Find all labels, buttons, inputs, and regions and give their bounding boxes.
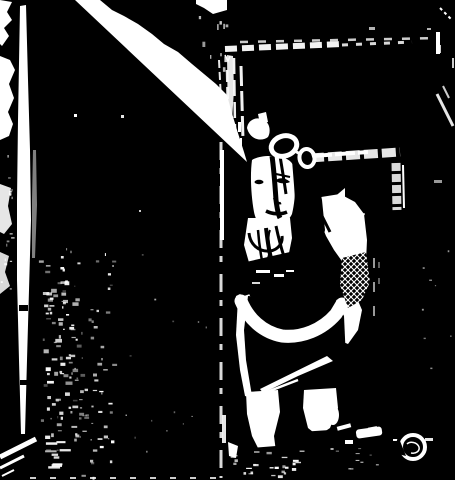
camisole-trim bbox=[252, 282, 260, 284]
speckle-dot bbox=[103, 369, 108, 371]
speckle-dot bbox=[108, 438, 109, 439]
speckle-dot bbox=[80, 390, 84, 393]
speckle-dot bbox=[43, 339, 45, 342]
speckle-dot bbox=[84, 417, 89, 419]
speckle-dot bbox=[56, 441, 65, 443]
speckle-dot bbox=[82, 431, 86, 432]
speckle-dot bbox=[191, 416, 193, 417]
speckle-dot bbox=[79, 417, 82, 419]
speckle-dot bbox=[9, 191, 12, 193]
speckle-dot bbox=[100, 446, 104, 448]
speckle-dot bbox=[108, 273, 111, 275]
speckle-dot bbox=[356, 460, 360, 461]
speckle-dot bbox=[10, 233, 13, 234]
speckle-dot bbox=[94, 326, 98, 329]
speckle-dot bbox=[235, 459, 238, 462]
speckle-dot bbox=[422, 309, 424, 311]
speckle-dot bbox=[130, 355, 132, 356]
frame-dot bbox=[369, 27, 375, 30]
speckle-dot bbox=[142, 254, 144, 255]
frame-dot bbox=[427, 28, 431, 30]
speckle-dot bbox=[65, 281, 70, 285]
speckle-dot bbox=[8, 177, 11, 178]
speckle-dot bbox=[66, 357, 71, 360]
speckle-dot bbox=[370, 455, 372, 456]
speckle-dot bbox=[210, 55, 211, 59]
line-gap bbox=[20, 380, 28, 385]
speckle-dot bbox=[69, 362, 73, 364]
speckle-dot bbox=[60, 357, 63, 361]
speckle-dot bbox=[69, 327, 74, 330]
frame-dash bbox=[439, 45, 441, 53]
speckle-dot bbox=[50, 418, 52, 420]
speckle-dot bbox=[101, 392, 102, 394]
speckle-dot bbox=[52, 464, 62, 467]
speckle-dot bbox=[52, 403, 56, 406]
speckle-dot bbox=[76, 339, 78, 341]
speckle-dot bbox=[64, 374, 69, 377]
speckle-dot bbox=[51, 433, 54, 437]
speckle-dot bbox=[99, 391, 103, 392]
speckle-dot bbox=[282, 457, 288, 458]
speckle-dot bbox=[61, 293, 66, 296]
speckle-dot bbox=[220, 53, 221, 56]
monochrome-photo: monochrome-photograph bbox=[0, 0, 455, 480]
speckle-dot bbox=[151, 420, 152, 422]
speckle-dot bbox=[74, 286, 75, 287]
speckle-dot bbox=[244, 472, 247, 475]
speckle-dot bbox=[57, 450, 59, 451]
speckle-dot bbox=[336, 451, 339, 452]
speckle-dot bbox=[112, 261, 116, 263]
speckle-dot bbox=[66, 314, 69, 316]
speckle-dot bbox=[59, 412, 63, 415]
speckle-dot bbox=[55, 339, 62, 343]
speckle-dot bbox=[206, 327, 207, 329]
speckle-dot bbox=[82, 475, 86, 477]
hair-strand bbox=[268, 230, 270, 258]
speckle-dot bbox=[376, 464, 379, 465]
speckle-dot bbox=[9, 193, 12, 195]
speckle-dot bbox=[47, 381, 54, 384]
speckle-dot bbox=[270, 467, 274, 468]
speckle-dot bbox=[360, 462, 363, 463]
speckle-dot bbox=[71, 372, 73, 375]
speckle-dot bbox=[424, 338, 426, 339]
speckle-dot bbox=[10, 288, 12, 289]
speckle-dot bbox=[54, 372, 58, 376]
speckle-dot bbox=[91, 439, 92, 440]
noise-dot bbox=[121, 115, 124, 118]
speckle-dot bbox=[70, 251, 71, 254]
speckle-dot bbox=[154, 299, 156, 301]
speckle-dot bbox=[251, 472, 254, 475]
speckle-dot bbox=[61, 417, 63, 420]
speckle-dot bbox=[110, 285, 113, 286]
speckle-dot bbox=[46, 292, 52, 295]
speckle-dot bbox=[108, 288, 111, 291]
speckle-dot bbox=[106, 311, 110, 313]
speckle-dot bbox=[91, 406, 93, 408]
speckle-dot bbox=[54, 456, 60, 458]
speckle-dot bbox=[110, 460, 112, 463]
speckle-dot bbox=[97, 363, 102, 366]
speckle-dot bbox=[49, 305, 54, 306]
speckle-dot bbox=[450, 336, 451, 337]
speckle-dot bbox=[233, 463, 236, 465]
frame-dash bbox=[240, 138, 242, 146]
speckle-dot bbox=[135, 437, 136, 439]
speckle-dot bbox=[278, 475, 283, 478]
speckle-dot bbox=[75, 435, 79, 438]
speckle-dot bbox=[126, 415, 128, 416]
speckle-dot bbox=[172, 321, 174, 323]
speckle-dot bbox=[47, 396, 51, 399]
speckle-dot bbox=[105, 253, 106, 256]
speckle-dot bbox=[48, 308, 51, 311]
frame-dash bbox=[452, 58, 454, 68]
left-eye bbox=[255, 180, 264, 184]
speckle-dot bbox=[358, 448, 361, 449]
speckle-dot bbox=[45, 436, 50, 439]
speckle-dot bbox=[56, 399, 59, 401]
floor-debris bbox=[345, 440, 353, 444]
speckle-dot bbox=[59, 322, 63, 326]
speckle-dot bbox=[62, 301, 63, 302]
speckle-dot bbox=[39, 260, 44, 262]
speckle-dot bbox=[220, 21, 222, 25]
speckle-dot bbox=[292, 468, 296, 471]
speckle-dot bbox=[63, 329, 65, 330]
speckle-dot bbox=[89, 318, 92, 321]
frame-dash bbox=[434, 180, 442, 183]
speckle-dot bbox=[4, 263, 7, 265]
speckle-dot bbox=[253, 464, 256, 466]
speckle-dot bbox=[82, 358, 83, 359]
speckle-dot bbox=[46, 367, 51, 371]
speckle-dot bbox=[104, 426, 108, 429]
speckle-dot bbox=[112, 265, 113, 267]
speckle-dot bbox=[53, 294, 58, 297]
speckle-dot bbox=[293, 463, 296, 466]
speckle-dot bbox=[166, 430, 168, 431]
speckle-dot bbox=[52, 322, 56, 324]
speckle-dot bbox=[91, 337, 94, 340]
speckle-dot bbox=[231, 456, 235, 458]
speckle-dot bbox=[101, 346, 105, 349]
speckle-dot bbox=[50, 298, 54, 300]
speckle-dot bbox=[80, 407, 82, 408]
speckle-dot bbox=[430, 368, 432, 370]
speckle-dot bbox=[72, 406, 78, 409]
speckle-dot bbox=[63, 290, 67, 292]
speckle-dot bbox=[63, 300, 68, 303]
speckle-dot bbox=[293, 460, 299, 462]
speckle-dot bbox=[66, 248, 67, 250]
speckle-dot bbox=[77, 378, 79, 380]
speckle-dot bbox=[57, 423, 62, 426]
speckle-dot bbox=[356, 453, 360, 454]
speckle-dot bbox=[71, 426, 77, 428]
speckle-dot bbox=[101, 358, 103, 360]
speckle-dot bbox=[60, 371, 63, 373]
speckle-dot bbox=[226, 24, 229, 27]
speckle-dot bbox=[183, 423, 184, 425]
speckle-dot bbox=[79, 413, 84, 416]
speckle-dot bbox=[254, 451, 260, 452]
speckle-dot bbox=[1, 281, 3, 283]
speckle-dot bbox=[91, 462, 94, 464]
speckle-dot bbox=[285, 467, 289, 469]
speckle-dot bbox=[57, 416, 58, 418]
speckle-dot bbox=[199, 16, 201, 19]
speckle-dot bbox=[348, 468, 350, 469]
speckle-dot bbox=[45, 271, 50, 273]
speckle-dot bbox=[300, 451, 305, 452]
frame-dash bbox=[238, 122, 241, 132]
speckle-dot bbox=[448, 250, 450, 252]
speckle-dot bbox=[108, 403, 112, 405]
speckle-dot bbox=[91, 423, 93, 424]
right-leg-shin bbox=[327, 405, 339, 425]
speckle-dot bbox=[46, 265, 51, 267]
noise-dot bbox=[74, 114, 77, 117]
speckle-dot bbox=[85, 389, 88, 391]
speckle-dot bbox=[94, 379, 98, 381]
speckle-dot bbox=[91, 309, 94, 310]
door-right-edge bbox=[403, 165, 404, 208]
speckle-dot bbox=[202, 42, 205, 47]
speckle-dot bbox=[423, 267, 425, 269]
speckle-dot bbox=[51, 289, 57, 293]
speckle-dot bbox=[41, 419, 44, 422]
speckle-dot bbox=[80, 436, 81, 438]
speckle-dot bbox=[146, 451, 147, 453]
speckle-dot bbox=[11, 189, 12, 191]
speckle-dot bbox=[56, 345, 61, 347]
speckle-dot bbox=[98, 411, 102, 413]
speckle-dot bbox=[97, 310, 100, 312]
speckle-dot bbox=[46, 442, 57, 445]
speckle-dot bbox=[65, 392, 70, 396]
speckle-dot bbox=[47, 407, 50, 410]
speckle-dot bbox=[198, 321, 199, 323]
speckle-dot bbox=[70, 355, 75, 357]
tendril bbox=[234, 58, 235, 128]
speckle-dot bbox=[44, 349, 49, 353]
speckle-dot bbox=[217, 24, 218, 30]
speckle-dot bbox=[71, 325, 74, 327]
speckle-dot bbox=[6, 244, 7, 247]
speckle-dot bbox=[284, 472, 286, 474]
speckle-dot bbox=[77, 345, 82, 348]
speckle-dot bbox=[112, 364, 117, 366]
speckle-dot bbox=[62, 306, 63, 308]
speckle-dot bbox=[81, 332, 82, 335]
speckle-dot bbox=[223, 24, 225, 29]
speckle-dot bbox=[104, 436, 108, 439]
speckle-dot bbox=[58, 430, 62, 431]
corner-sliver bbox=[222, 415, 226, 443]
speckle-dot bbox=[46, 449, 51, 450]
speckle-dot bbox=[52, 454, 59, 456]
camisole-trim bbox=[286, 270, 294, 272]
line-gap bbox=[19, 305, 28, 311]
speckle-dot bbox=[72, 337, 76, 338]
speckle-dot bbox=[52, 358, 58, 360]
speckle-dot bbox=[75, 298, 79, 301]
speckle-dot bbox=[246, 468, 252, 469]
speckle-dot bbox=[10, 261, 12, 262]
tendril bbox=[241, 66, 243, 140]
speckle-dot bbox=[174, 411, 176, 413]
speckle-dot bbox=[93, 449, 97, 451]
speckle-dot bbox=[69, 407, 72, 409]
speckle-dot bbox=[72, 302, 78, 306]
speckle-dot bbox=[435, 285, 436, 286]
speckle-dot bbox=[93, 390, 97, 391]
speckle-dot bbox=[7, 155, 9, 158]
speckle-dot bbox=[74, 439, 77, 442]
noise-dot bbox=[139, 210, 141, 212]
speckle-dot bbox=[73, 400, 78, 402]
speckle-dot bbox=[5, 259, 6, 262]
speckle-dot bbox=[331, 448, 334, 450]
speckle-dot bbox=[44, 305, 48, 308]
speckle-dot bbox=[70, 411, 72, 414]
speckle-dot bbox=[223, 67, 226, 72]
speckle-dot bbox=[77, 262, 80, 264]
speckle-dot bbox=[46, 318, 51, 319]
speckle-dot bbox=[46, 313, 49, 315]
speckle-dot bbox=[112, 442, 113, 443]
speckle-dot bbox=[47, 373, 50, 375]
speckle-dot bbox=[267, 452, 272, 454]
speckle-dot bbox=[61, 256, 64, 259]
speckle-dot bbox=[7, 241, 10, 243]
speckle-dot bbox=[96, 260, 99, 262]
floor-debris bbox=[425, 438, 433, 441]
speckle-dot bbox=[235, 455, 237, 456]
speckle-dot bbox=[429, 280, 432, 281]
speckle-dot bbox=[60, 449, 71, 451]
speckle-dot bbox=[275, 467, 279, 469]
door-right-strip bbox=[396, 163, 397, 210]
speckle-dot bbox=[81, 374, 86, 377]
speckle-dot bbox=[93, 374, 97, 377]
speckle-dot bbox=[60, 363, 65, 366]
camisole-trim bbox=[274, 274, 284, 277]
speckle-dot bbox=[63, 269, 65, 272]
speckle-dot bbox=[110, 411, 113, 413]
speckle-dot bbox=[73, 369, 79, 372]
speckle-dot bbox=[50, 312, 52, 315]
photo-frame: monochrome-photograph bbox=[0, 0, 455, 480]
speckle-dot bbox=[44, 384, 48, 387]
speckle-dot bbox=[350, 468, 353, 470]
speckle-dot bbox=[45, 450, 57, 452]
speckle-dot bbox=[66, 382, 73, 385]
speckle-dot bbox=[75, 380, 79, 381]
speckle-dot bbox=[98, 438, 103, 440]
speckle-dot bbox=[59, 335, 61, 339]
speckle-dot bbox=[11, 237, 15, 238]
speckle-dot bbox=[58, 318, 63, 321]
speckle-dot bbox=[92, 320, 94, 323]
camisole-trim bbox=[256, 270, 270, 273]
speckle-dot bbox=[12, 197, 13, 199]
speckle-dot bbox=[271, 475, 275, 476]
speckle-dot bbox=[296, 462, 302, 463]
speckle-dot bbox=[69, 377, 71, 379]
speckle-dot bbox=[79, 399, 83, 400]
